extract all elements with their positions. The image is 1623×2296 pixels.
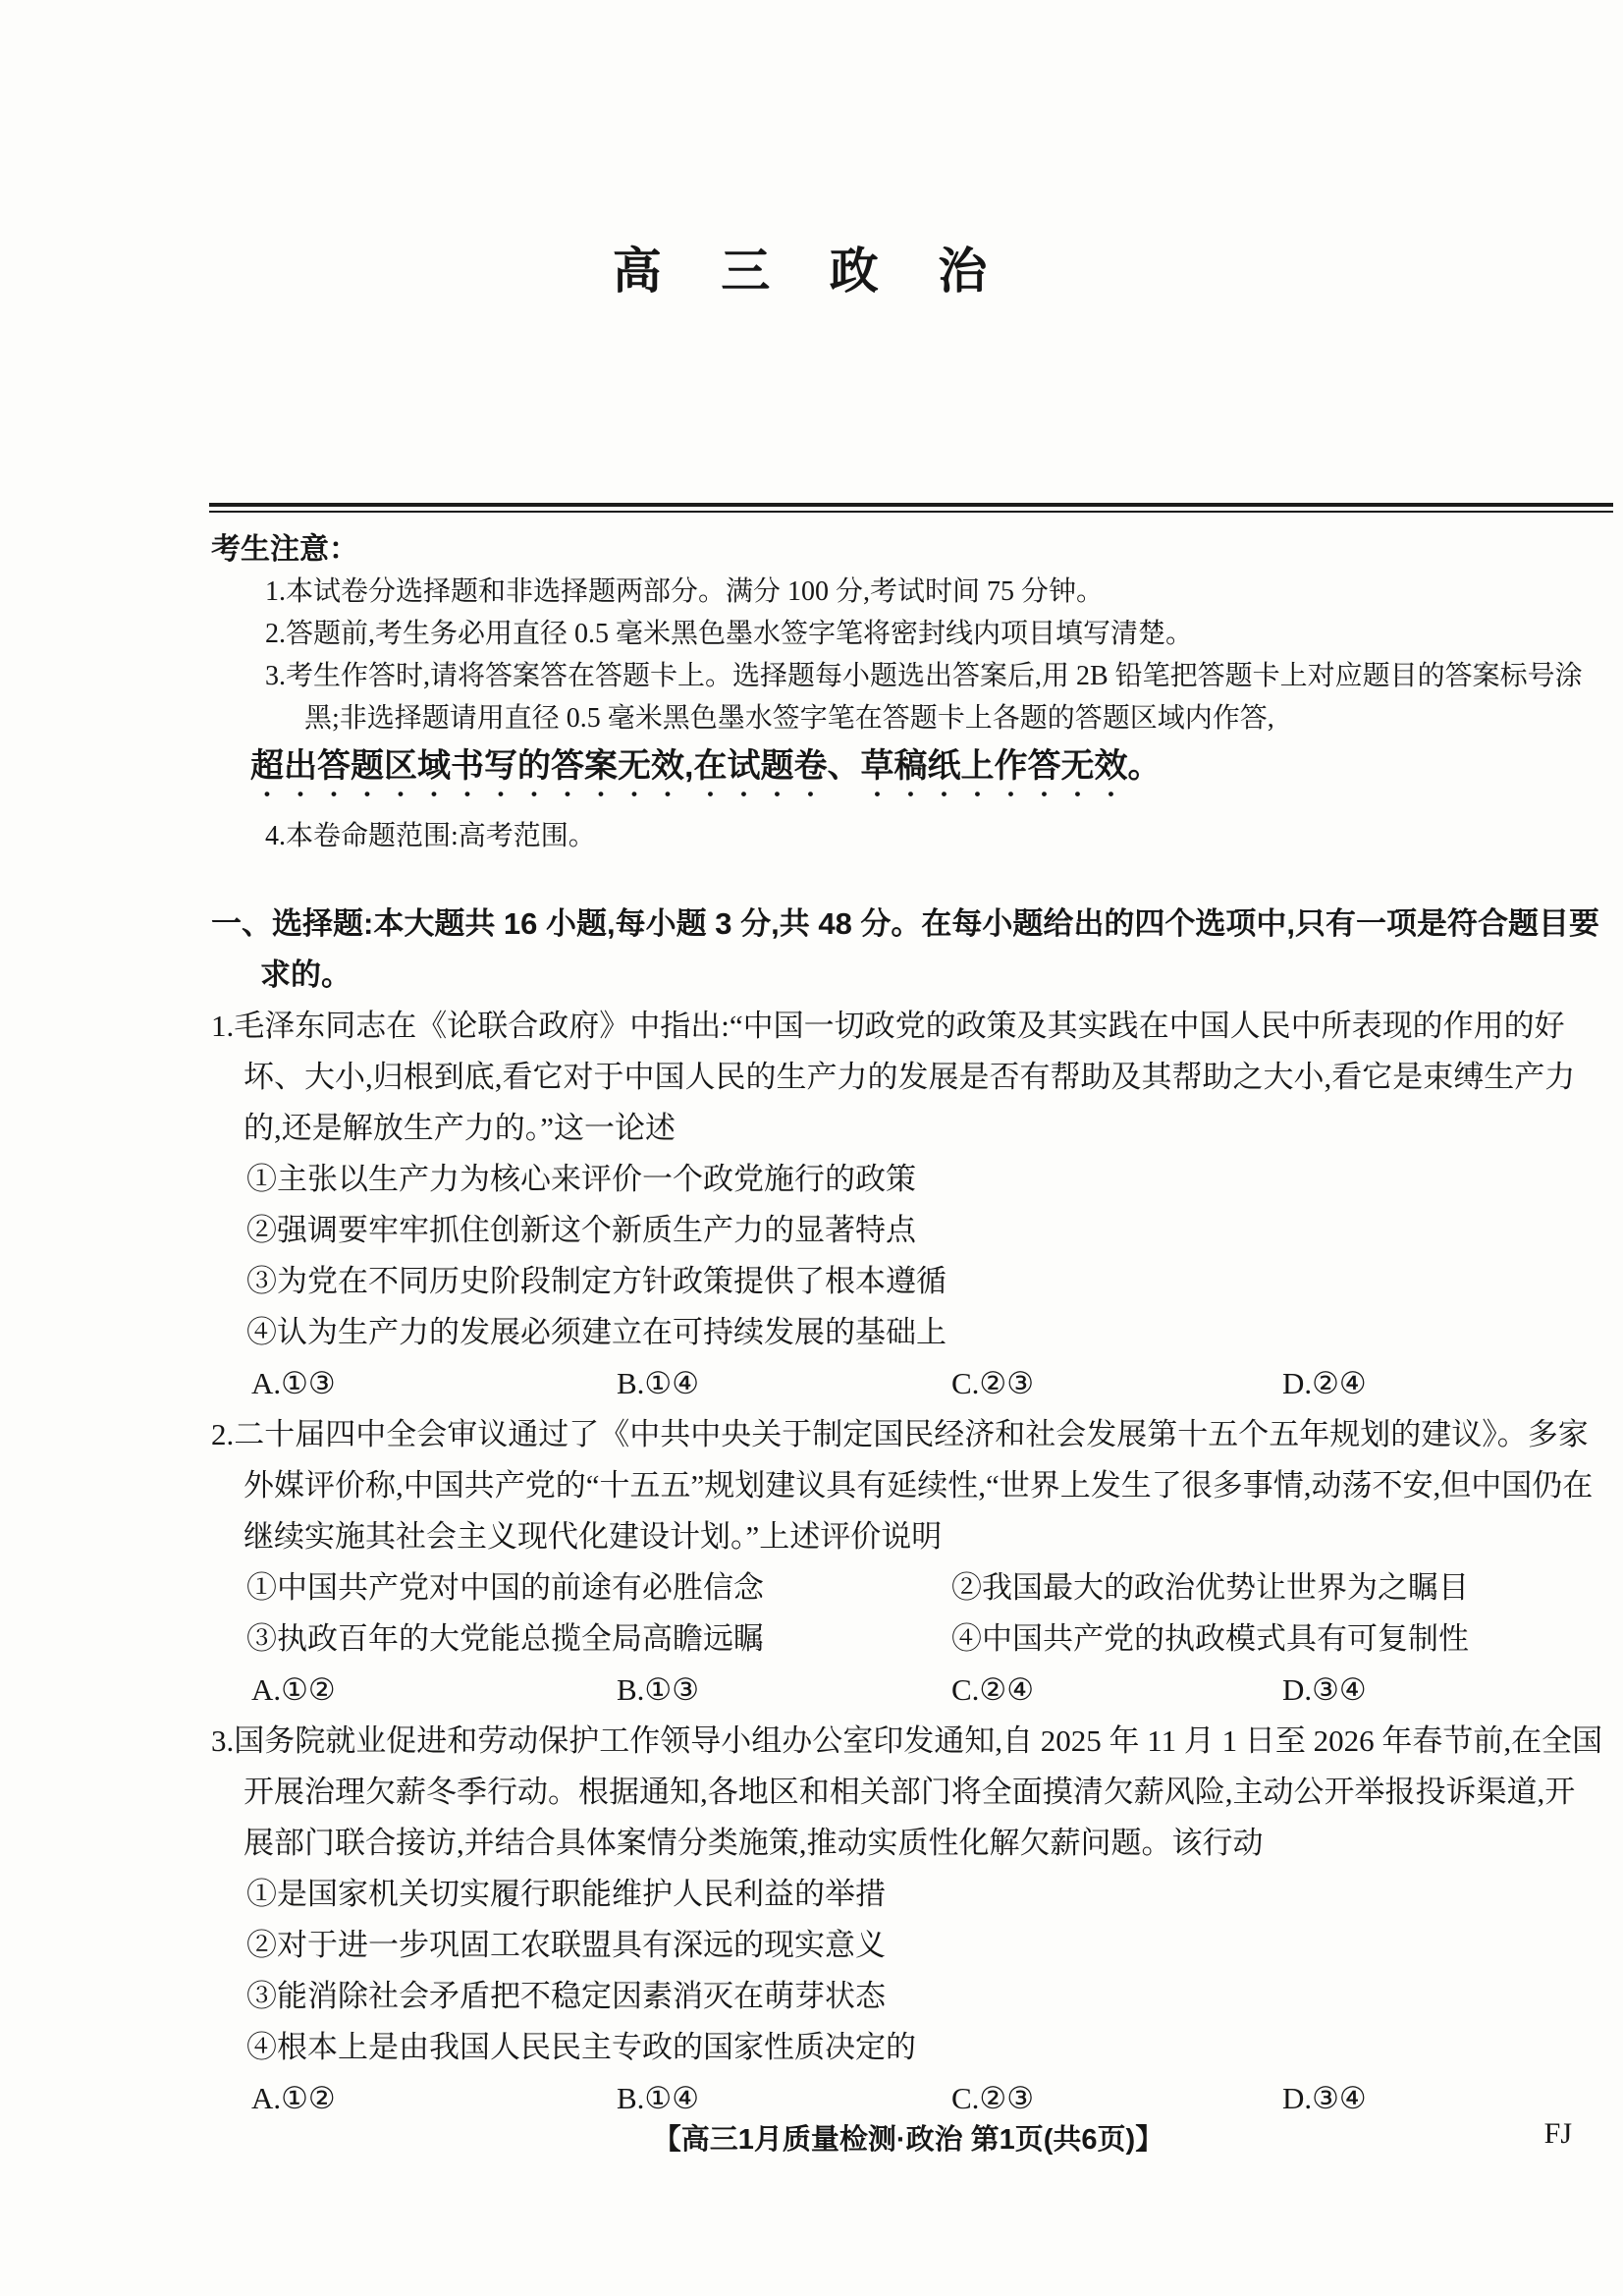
question-1-statement-4: ④认为生产力的发展必须建立在可持续发展的基础上 — [246, 1307, 1605, 1358]
question-1-stem: 1.毛泽东同志在《论联合政府》中指出:“中国一切政党的政策及其实践在中国人民中所… — [243, 1001, 1605, 1154]
notice-section: 考生注意： 1.本试卷分选择题和非选择题两部分。满分 100 分,考试时间 75… — [211, 528, 1603, 857]
option-c: C.②③ — [951, 1358, 1282, 1409]
question-3-statement-1: ①是国家机关切实履行职能维护人民利益的举措 — [246, 1869, 1605, 1920]
option-d: D.③④ — [1282, 1665, 1605, 1716]
notice-heading: 考生注意： — [211, 528, 1603, 571]
question-3-statement-3: ③能消除社会矛盾把不稳定因素消灭在萌芽状态 — [246, 1971, 1605, 2022]
questions-section: 一、选择题:本大题共 16 小题,每小题 3 分,共 48 分。在每小题给出的四… — [211, 899, 1605, 2124]
question-1-statement-2: ②强调要牢牢抓住创新这个新质生产力的显著特点 — [246, 1205, 1605, 1256]
question-1-statement-1: ①主张以生产力为核心来评价一个政党施行的政策 — [246, 1154, 1605, 1205]
exam-page: 高 三 政 治 考生注意： 1.本试卷分选择题和非选择题两部分。满分 100 分… — [0, 0, 1623, 2296]
notice-item-1: 1.本试卷分选择题和非选择题两部分。满分 100 分,考试时间 75 分钟。 — [304, 571, 1603, 613]
notice-item-4: 4.本卷命题范围:高考范围。 — [304, 815, 1603, 857]
footer-page-info: 【高三1月质量检测·政治 第1页(共6页)】 — [211, 2117, 1605, 2158]
question-3-stem: 3.国务院就业促进和劳动保护工作领导小组办公室印发通知,自 2025 年 11 … — [243, 1716, 1605, 1869]
notice-item-3: 3.考生作答时,请将答案答在答题卡上。选择题每小题选出答案后,用 2B 铅笔把答… — [304, 655, 1603, 739]
double-rule-divider — [209, 503, 1613, 513]
option-b: B.①③ — [617, 1665, 951, 1716]
question-2-statement-3: ③执政百年的大党能总揽全局高瞻远瞩 — [246, 1613, 951, 1665]
question-2-statement-4: ④中国共产党的执政模式具有可复制性 — [951, 1613, 1605, 1665]
notice-emphasis-line: 超出答题区域书写的答案无效,在试题卷、草稿纸上作答无效。 — [250, 741, 1603, 809]
question-2-statement-1: ①中国共产党对中国的前途有必胜信念 — [246, 1562, 951, 1613]
question-3-statement-4: ④根本上是由我国人民民主专政的国家性质决定的 — [246, 2022, 1605, 2073]
footer-code: FJ — [1544, 2117, 1572, 2151]
question-2-statement-2: ②我国最大的政治优势让世界为之瞩目 — [951, 1562, 1605, 1613]
option-a: A.①② — [251, 1665, 617, 1716]
question-2: 2.二十届四中全会审议通过了《中共中央关于制定国民经济和社会发展第十五个五年规划… — [211, 1409, 1605, 1716]
option-b: B.①④ — [617, 1358, 951, 1409]
question-3-statement-2: ②对于进一步巩固工农联盟具有深远的现实意义 — [246, 1920, 1605, 1971]
page-title: 高 三 政 治 — [0, 0, 1623, 302]
option-d: D.②④ — [1282, 1358, 1605, 1409]
option-c: C.②④ — [951, 1665, 1282, 1716]
section-header: 一、选择题:本大题共 16 小题,每小题 3 分,共 48 分。在每小题给出的四… — [260, 899, 1605, 1001]
question-2-statements: ①中国共产党对中国的前途有必胜信念 ②我国最大的政治优势让世界为之瞩目 ③执政百… — [246, 1562, 1605, 1665]
question-1-statement-3: ③为党在不同历史阶段制定方针政策提供了根本遵循 — [246, 1256, 1605, 1307]
question-1-options-row: A.①③ B.①④ C.②③ D.②④ — [251, 1358, 1605, 1409]
question-2-options-row: A.①② B.①③ C.②④ D.③④ — [251, 1665, 1605, 1716]
question-3: 3.国务院就业促进和劳动保护工作领导小组办公室印发通知,自 2025 年 11 … — [211, 1716, 1605, 2124]
question-2-stem: 2.二十届四中全会审议通过了《中共中央关于制定国民经济和社会发展第十五个五年规划… — [243, 1409, 1605, 1562]
question-1: 1.毛泽东同志在《论联合政府》中指出:“中国一切政党的政策及其实践在中国人民中所… — [211, 1001, 1605, 1409]
notice-item-2: 2.答题前,考生务必用直径 0.5 毫米黑色墨水签字笔将密封线内项目填写清楚。 — [304, 613, 1603, 655]
option-a: A.①③ — [251, 1358, 617, 1409]
